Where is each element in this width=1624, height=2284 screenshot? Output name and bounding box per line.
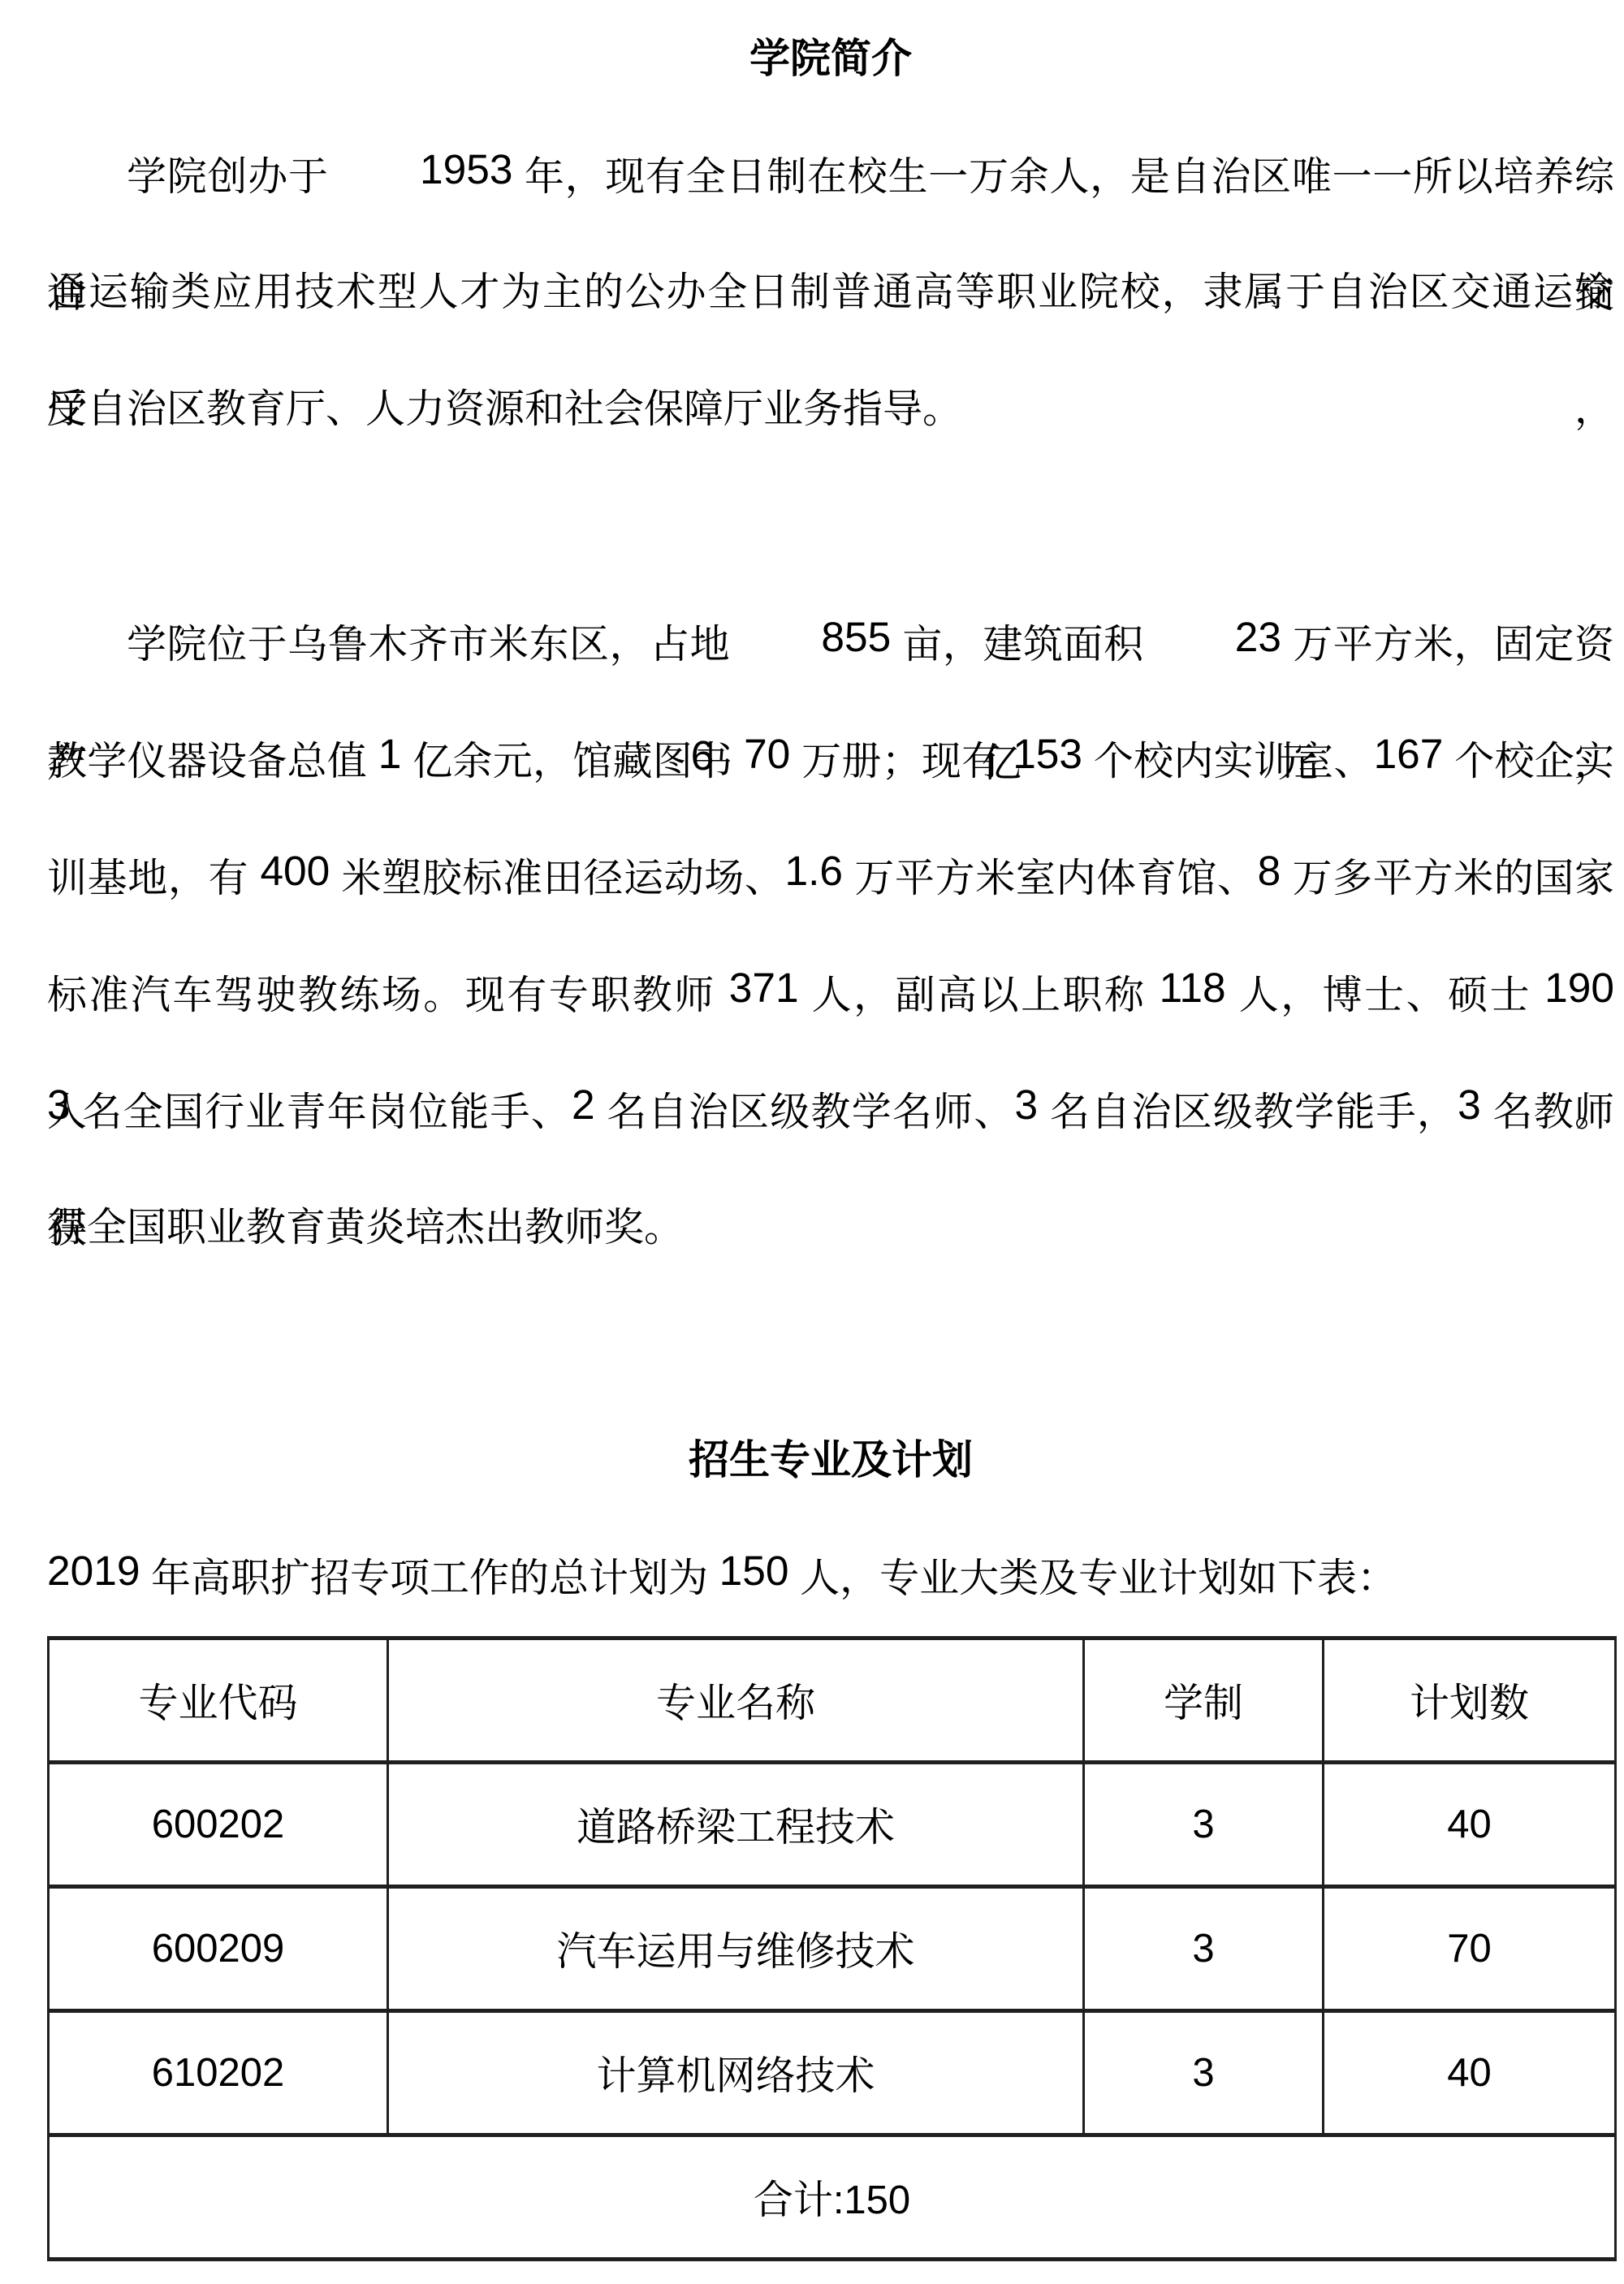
intro-p2-line2: 教学仪器设备总值 1 亿余元，馆藏图书 70 万册；现有 153 个校内实训室、… xyxy=(47,702,1614,818)
intro-p2-line6: 得全国职业教育黄炎培杰出教师奖。 xyxy=(47,1169,1614,1286)
doc-title: 学院简介 xyxy=(47,0,1614,117)
plan-summary-line: 2019 年高职扩招专项工作的总计划为 150 人，专业大类及专业计划如下表： xyxy=(47,1518,1614,1635)
header-cell-major-name: 专业名称 xyxy=(388,1639,1084,1763)
header-cell-duration: 学制 xyxy=(1084,1639,1324,1763)
table-cell-duration: 3 xyxy=(1084,2011,1324,2135)
table-cell-duration: 3 xyxy=(1084,1887,1324,2011)
document-page: 学院简介 学院创办于 1953 年，现有全日制在校生一万余人，是自治区唯一一所以… xyxy=(0,0,1624,2284)
table-cell-name: 道路桥梁工程技术 xyxy=(388,1763,1084,1887)
table-cell-total: 合计:150 xyxy=(49,2135,1616,2260)
intro-paragraph-1: 学院创办于 1953 年，现有全日制在校生一万余人，是自治区唯一一所以培养综合交… xyxy=(47,117,1614,468)
header-cell-plan-count: 计划数 xyxy=(1324,1639,1616,1763)
table-total-row: 合计:150 xyxy=(49,2135,1616,2260)
intro-p2-line1: 学院位于乌鲁木齐市米东区，占地 855 亩，建筑面积 23 万平方米，固定资产 … xyxy=(47,585,1614,702)
intro-p2-line5: 3 名全国行业青年岗位能手、2 名自治区级教学名师、3 名自治区级教学能手，3 … xyxy=(47,1052,1614,1169)
table-cell-plan: 70 xyxy=(1324,1887,1616,2011)
header-cell-major-code: 专业代码 xyxy=(49,1639,388,1763)
intro-p1-line2: 通运输类应用技术型人才为主的公办全日制普通高等职业院校，隶属于自治区交通运输厅， xyxy=(47,234,1614,351)
table-cell-plan: 40 xyxy=(1324,1763,1616,1887)
table-cell-duration: 3 xyxy=(1084,1763,1324,1887)
table-row: 610202 计算机网络技术 3 40 xyxy=(49,2011,1616,2135)
table-cell-name: 计算机网络技术 xyxy=(388,2011,1084,2135)
table-row: 600209 汽车运用与维修技术 3 70 xyxy=(49,1887,1616,2011)
intro-p1-line1: 学院创办于 1953 年，现有全日制在校生一万余人，是自治区唯一一所以培养综合交 xyxy=(47,117,1614,234)
table-header-row: 专业代码 专业名称 学制 计划数 xyxy=(49,1639,1616,1763)
section-title-admissions: 招生专业及计划 xyxy=(47,1401,1614,1518)
table-row: 600202 道路桥梁工程技术 3 40 xyxy=(49,1763,1616,1887)
intro-p2-line4: 标准汽车驾驶教练场。现有专职教师 371 人，副高以上职称 118 人，博士、硕… xyxy=(47,935,1614,1052)
admission-plan-table: 专业代码 专业名称 学制 计划数 600202 道路桥梁工程技术 3 40 60… xyxy=(47,1636,1617,2261)
table-cell-plan: 40 xyxy=(1324,2011,1616,2135)
table-cell-code: 610202 xyxy=(49,2011,388,2135)
table-cell-code: 600209 xyxy=(49,1887,388,2011)
table-cell-name: 汽车运用与维修技术 xyxy=(388,1887,1084,2011)
intro-paragraph-2: 学院位于乌鲁木齐市米东区，占地 855 亩，建筑面积 23 万平方米，固定资产 … xyxy=(47,585,1614,1286)
document-body: 学院简介 学院创办于 1953 年，现有全日制在校生一万余人，是自治区唯一一所以… xyxy=(47,0,1614,2261)
table-cell-code: 600202 xyxy=(49,1763,388,1887)
intro-p2-line3: 训基地，有 400 米塑胶标准田径运动场、1.6 万平方米室内体育馆、8 万多平… xyxy=(47,818,1614,935)
